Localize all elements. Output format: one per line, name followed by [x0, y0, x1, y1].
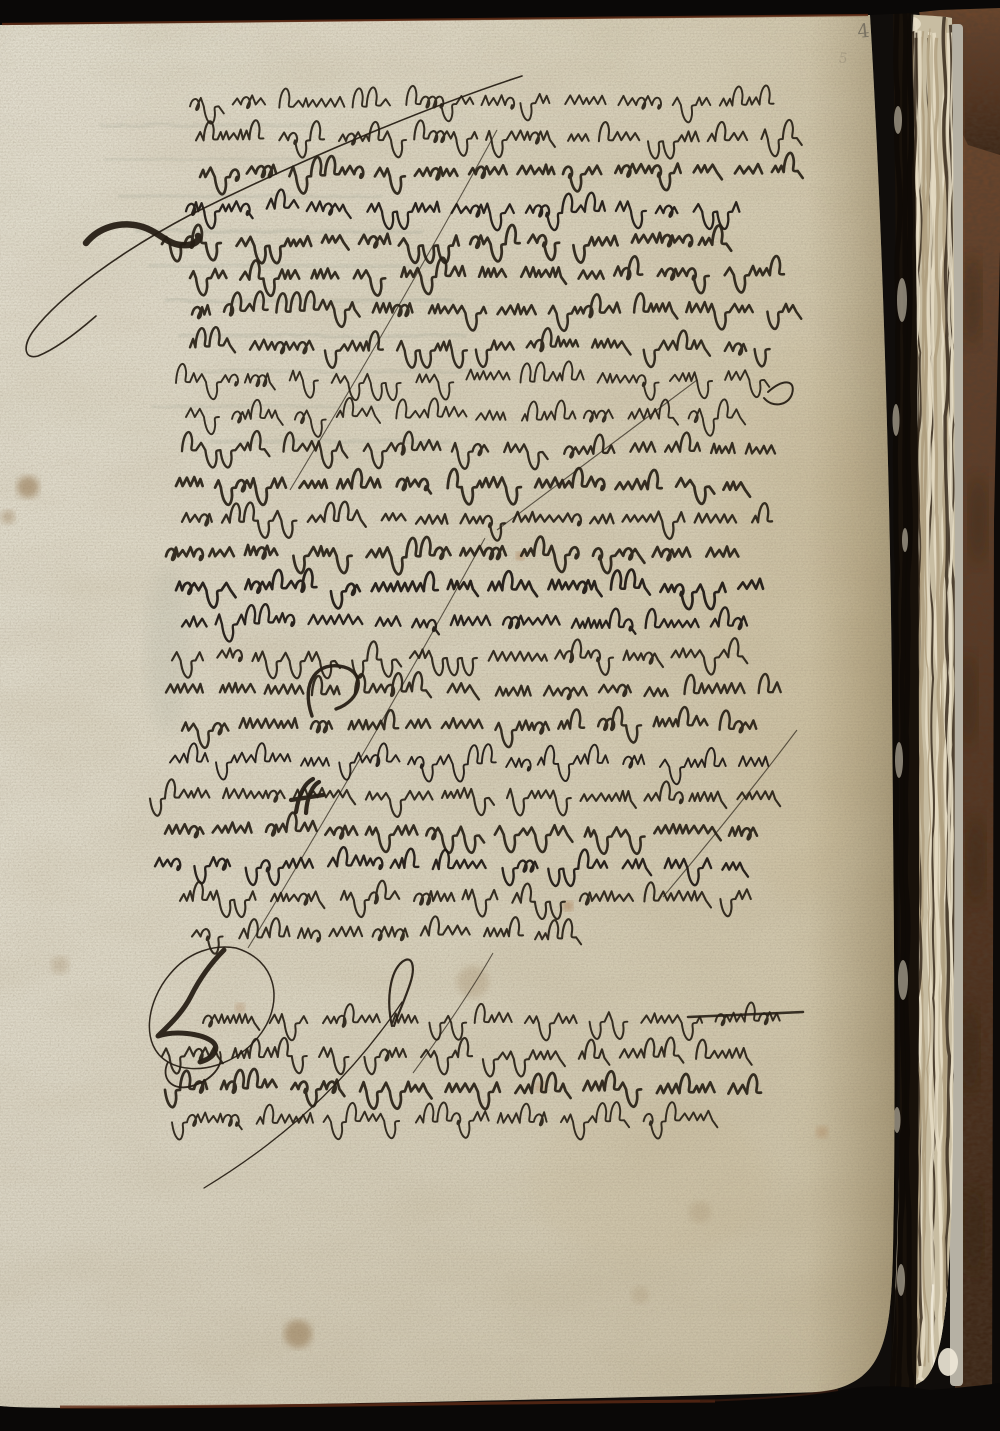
manuscript-photo-canvas: 4 5	[0, 0, 1000, 1431]
page-number: 4	[856, 20, 870, 43]
manuscript-page	[0, 0, 900, 1420]
manuscript-photo: 4 5	[0, 0, 1000, 1431]
